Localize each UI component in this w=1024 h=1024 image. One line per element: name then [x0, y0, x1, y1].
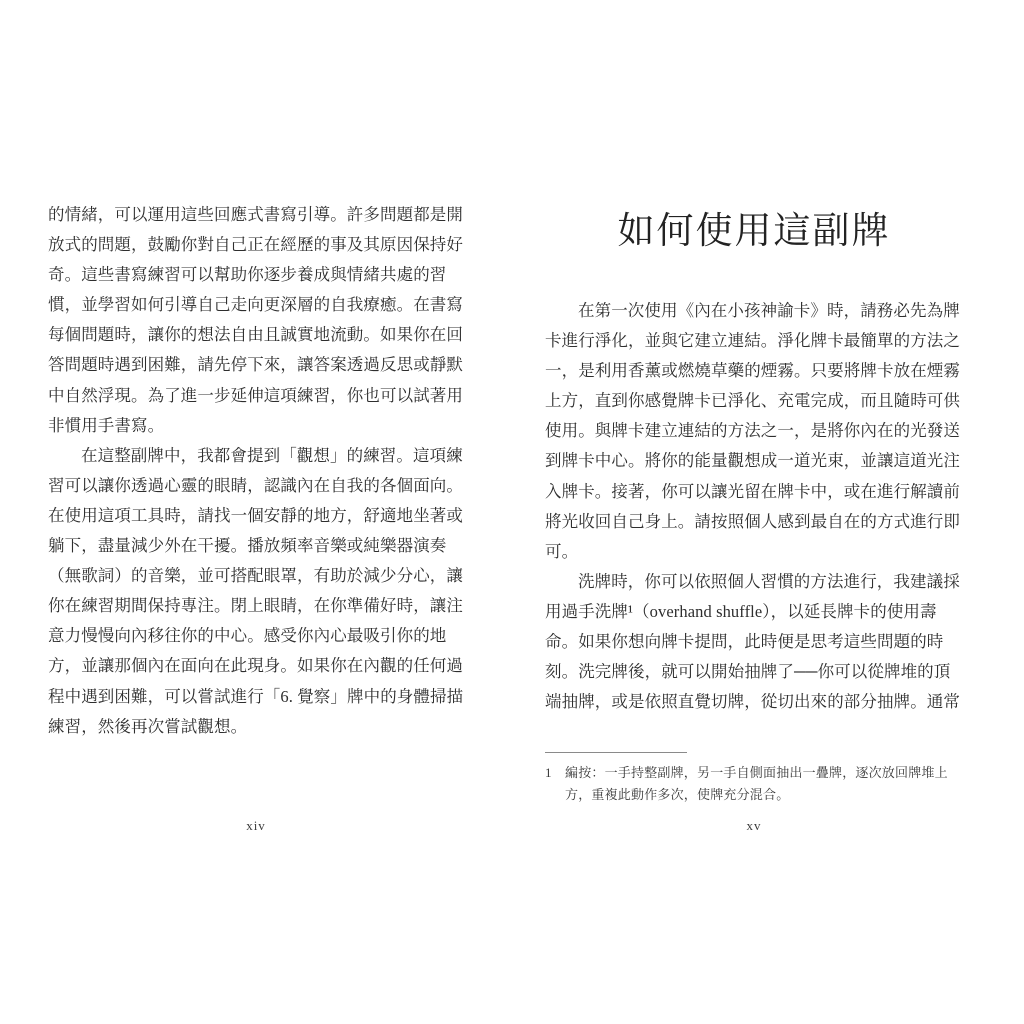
- text-line: 卡進行淨化，並與它建立連結。淨化牌卡最簡單的方法之: [545, 326, 963, 356]
- left-body-text: 的情緒，可以運用這些回應式書寫引導。許多問題都是開 放式的問題，鼓勵你對自己正在…: [48, 200, 464, 742]
- text-line: 慣，並學習如何引導自己走向更深層的自我療癒。在書寫: [48, 290, 464, 320]
- text-line: 上方，直到你感覺牌卡已淨化、充電完成，而且隨時可供: [545, 386, 963, 416]
- text-line-paragraph-start: 在這整副牌中，我都會提到「觀想」的練習。這項練: [48, 441, 464, 471]
- text-line: 端抽牌，或是依照直覺切牌，從切出來的部分抽牌。通常: [545, 687, 963, 717]
- text-line: 將光收回自己身上。請按照個人感到最自在的方式進行即: [545, 507, 963, 537]
- text-line: 躺下，盡量減少外在干擾。播放頻率音樂或純樂器演奏: [48, 531, 464, 561]
- text-line: 一，是利用香薰或燃燒草藥的煙霧。只要將牌卡放在煙霧: [545, 356, 963, 386]
- text-line-paragraph-start: 洗牌時，你可以依照個人習慣的方法進行，我建議採: [545, 567, 963, 597]
- text-line: 習可以讓你透過心靈的眼睛，認識內在自我的各個面向。: [48, 471, 464, 501]
- page-number-right: xv: [545, 818, 963, 834]
- text-line: 奇。這些書寫練習可以幫助你逐步養成與情緒共處的習: [48, 260, 464, 290]
- text-line: 答問題時遇到困難，請先停下來，讓答案透過反思或靜默: [48, 350, 464, 380]
- chapter-title: 如何使用這副牌: [545, 200, 963, 254]
- text-line: 意力慢慢向內移往你的中心。感受你內心最吸引你的地: [48, 621, 464, 651]
- text-line: 方，並讓那個內在面向在此現身。如果你在內觀的任何過: [48, 651, 464, 681]
- footnote-divider: [545, 752, 687, 753]
- page-number-left: xiv: [48, 818, 464, 834]
- text-line: 在使用這項工具時，請找一個安靜的地方，舒適地坐著或: [48, 501, 464, 531]
- text-line: 用過手洗牌¹（overhand shuffle），以延長牌卡的使用壽: [545, 597, 963, 627]
- text-line: 練習，然後再次嘗試觀想。: [48, 712, 464, 742]
- footnote-marker: 1: [545, 762, 565, 805]
- book-spread: 的情緒，可以運用這些回應式書寫引導。許多問題都是開 放式的問題，鼓勵你對自己正在…: [0, 0, 1024, 1024]
- footnote-line: 方，重複此動作多次，使牌充分混合。: [565, 784, 948, 806]
- text-line: 放式的問題，鼓勵你對自己正在經歷的事及其原因保持好: [48, 230, 464, 260]
- text-line: 可。: [545, 537, 963, 567]
- text-line: 的情緒，可以運用這些回應式書寫引導。許多問題都是開: [48, 200, 464, 230]
- text-line-paragraph-start: 在第一次使用《內在小孩神諭卡》時，請務必先為牌: [545, 296, 963, 326]
- text-line: 命。如果你想向牌卡提問，此時便是思考這些問題的時: [545, 627, 963, 657]
- text-line: 入牌卡。接著，你可以讓光留在牌卡中，或在進行解讀前: [545, 477, 963, 507]
- text-line: 中自然浮現。為了進一步延伸這項練習，你也可以試著用: [48, 381, 464, 411]
- right-body-text: 在第一次使用《內在小孩神諭卡》時，請務必先為牌 卡進行淨化，並與它建立連結。淨化…: [545, 296, 963, 717]
- text-line: 每個問題時，讓你的想法自由且誠實地流動。如果你在回: [48, 320, 464, 350]
- text-line: 非慣用手書寫。: [48, 411, 464, 441]
- footnote-line: 編按：一手持整副牌，另一手自側面抽出一疊牌，逐次放回牌堆上: [565, 762, 948, 784]
- text-line: 你在練習期間保持專注。閉上眼睛，在你準備好時，讓注: [48, 591, 464, 621]
- footnote-text: 編按：一手持整副牌，另一手自側面抽出一疊牌，逐次放回牌堆上 方，重複此動作多次，…: [565, 762, 948, 805]
- text-line: 到牌卡中心。將你的能量觀想成一道光束，並讓這道光注: [545, 446, 963, 476]
- text-line: 刻。洗完牌後，就可以開始抽牌了──你可以從牌堆的頂: [545, 657, 963, 687]
- text-line: 程中遇到困難，可以嘗試進行「6. 覺察」牌中的身體掃描: [48, 682, 464, 712]
- text-line: （無歌詞）的音樂，並可搭配眼罩，有助於減少分心，讓: [48, 561, 464, 591]
- text-line: 使用。與牌卡建立連結的方法之一，是將你內在的光發送: [545, 416, 963, 446]
- footnote: 1 編按：一手持整副牌，另一手自側面抽出一疊牌，逐次放回牌堆上 方，重複此動作多…: [545, 752, 963, 805]
